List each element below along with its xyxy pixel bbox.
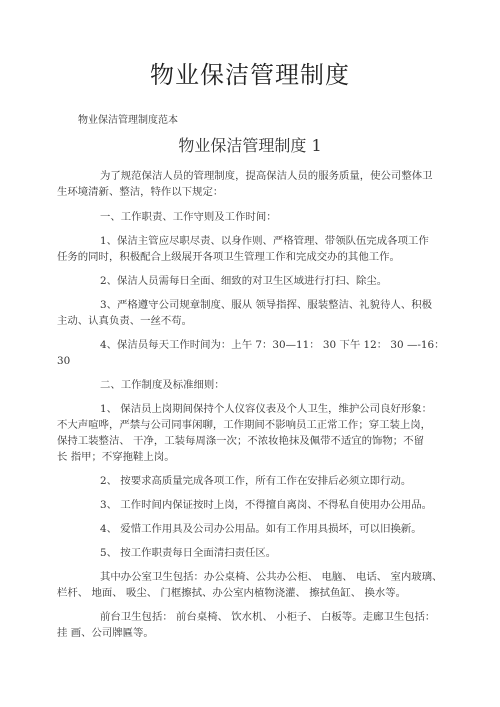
body-text-line: 保持工装整洁、 干净，工装每周涤一次；不浓妆艳抹及佩带不适宜的饰物；不留 — [57, 433, 424, 450]
body-text-line: 3、 工作时间内保证按时上岗，不得擅自离岗、不得私自使用办公用品。 — [100, 497, 432, 514]
body-text-line: 一、工作职责、工作守则及工作时间： — [100, 209, 277, 226]
body-text-line: 2、保洁人员需每日全面、细致的对卫生区域进行打扫、除尘。 — [100, 273, 387, 290]
body-text-line: 主动、认真负责、一丝不苟。 — [57, 313, 192, 330]
body-text-line: 长 指甲；不穿拖鞋上岗。 — [57, 449, 175, 466]
body-text-line: 1、 保洁员上岗期间保持个人仪容仪表及个人卫生，维护公司良好形象： — [100, 401, 432, 418]
body-text-line: 挂 画、公司牌匾等。 — [57, 625, 154, 642]
body-text-line: 5、 按工作职责每日全面清扫责任区。 — [100, 545, 276, 562]
body-text-line: 3、严格遵守公司规章制度、服从 领导指挥、服装整洁、礼貌待人、积极 — [100, 297, 432, 314]
body-text-line: 2、 按要求高质量完成各项工作，所有工作在安排后必须立即行动。 — [100, 473, 411, 490]
document-title: 物业保洁管理制度 — [0, 55, 500, 90]
body-text-line: 生环境清新、整洁，特作以下规定： — [57, 184, 223, 201]
body-text-line: 30 — [57, 353, 70, 370]
body-text-line: 4、 爱惜工作用具及公司办公用品。如有工作用具损坏，可以旧换新。 — [100, 521, 422, 538]
body-text-line: 二、工作制度及标准细则： — [100, 377, 225, 394]
body-text-line: 1、保洁主管应尽职尽责、以身作则、严格管理、带领队伍完成各项工作 — [100, 233, 429, 250]
body-text-line: 其中办公室卫生包括：办公桌椅、公共办公柜、 电脑、 电话、 室内玻璃、 — [100, 569, 442, 586]
document-subtitle: 物业保洁管理制度范本 — [78, 111, 178, 126]
body-text-line: 栏杆、 地面、 吸尘、 门框擦拭、办公室内植物浇灌、 擦拭鱼缸、 换水等。 — [57, 585, 406, 602]
body-text-line: 任务的同时，积极配合上级展开各项卫生管理工作和完成交办的其他工作。 — [57, 249, 400, 266]
body-text-line: 不大声喧哗，严禁与公司同事闲聊，工作期间不影响员工正常工作；穿工装上岗， — [57, 417, 431, 434]
body-text-line: 4、保洁员每天工作时间为：上午 7：30—11： 30 下午 12： 30 —-… — [100, 337, 444, 354]
body-text-line: 为了规范保洁人员的管理制度，提高保洁人员的服务质量，使公司整体卫 — [100, 168, 433, 185]
body-text-line: 前台卫生包括： 前台桌椅、 饮水机、 小柜子、 白板等。走廊卫生包括： — [100, 609, 435, 626]
section-heading: 物业保洁管理制度 1 — [0, 133, 500, 156]
